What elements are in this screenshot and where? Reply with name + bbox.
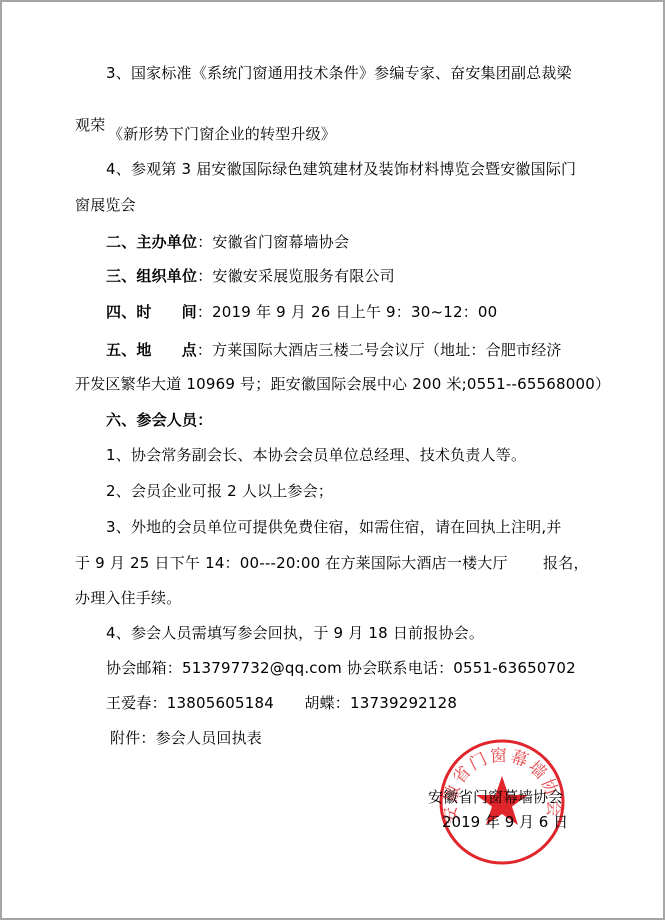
organizer-label: 三、组织单位: [106, 267, 197, 285]
signature-date: 2019 年 9 月 6 日: [442, 813, 568, 831]
contact-persons: 王爱春：13805605184 胡蝶：13739292128: [106, 694, 457, 712]
time-value: ：2019 年 9 月 26 日上午 9：30~12：00: [197, 303, 498, 321]
speech-title: 《新形势下门窗企业的转型升级》: [108, 125, 336, 143]
item-4-visit-line-1: 4、参观第 3 届安徽国际绿色建筑建材及装饰材料博览会暨安徽国际门: [106, 160, 576, 178]
time-row: 四、时间：2019 年 9 月 26 日上午 9：30~12：00: [106, 303, 497, 321]
item-3-speaker-line-2: 观荣: [75, 116, 105, 134]
attendee-item-2: 2、会员企业可报 2 人以上参会；: [106, 482, 333, 500]
host-label: 二、主办单位: [106, 233, 197, 251]
attachment-note: 附件：参会人员回执表: [110, 729, 262, 747]
document-page: 3、国家标准《系统门窗通用技术条件》参编专家、奋安集团副总裁梁 观荣 《新形势下…: [0, 0, 665, 920]
attendee-item-4: 4、参会人员需填写参会回执，于 9 月 18 日前报协会。: [106, 624, 484, 642]
contact-email-phone: 协会邮箱：513797732@qq.com 协会联系电话：0551-636507…: [106, 659, 576, 677]
signature-organization: 安徽省门窗幕墙协会: [428, 788, 563, 806]
attendee-item-1: 1、协会常务副会长、本协会会员单位总经理、技术负责人等。: [106, 446, 526, 464]
host-row: 二、主办单位：安徽省门窗幕墙协会: [106, 233, 349, 251]
attendee-item-3-line-1: 3、外地的会员单位可提供免费住宿，如需住宿，请在回执上注明,并: [106, 518, 562, 536]
organizer-value: ：安徽安采展览服务有限公司: [197, 267, 395, 285]
venue-label-b: 点: [182, 341, 197, 359]
venue-row: 五、地点：方莱国际大酒店三楼二号会议厅（地址：合肥市经济: [106, 341, 562, 359]
attendee-item-3-line-2: 于 9 月 25 日下午 14：00---20:00 在方莱国际大酒店一楼大厅 …: [75, 554, 589, 572]
venue-value: ：方莱国际大酒店三楼二号会议厅（地址：合肥市经济: [197, 341, 562, 359]
item-4-visit-line-2: 窗展览会: [75, 196, 136, 214]
attendee-item-3-line-3: 办理入住手续。: [75, 589, 181, 607]
time-label-a: 四、时: [106, 303, 152, 321]
host-value: ：安徽省门窗幕墙协会: [197, 233, 349, 251]
time-label-b: 间: [182, 303, 197, 321]
item-3-speaker-line-1: 3、国家标准《系统门窗通用技术条件》参编专家、奋安集团副总裁梁: [106, 64, 572, 82]
organizer-row: 三、组织单位：安徽安采展览服务有限公司: [106, 267, 395, 285]
venue-label-a: 五、地: [106, 341, 152, 359]
venue-row-continued: 开发区繁华大道 10969 号；距安徽国际会展中心 200 米;0551--65…: [75, 375, 610, 393]
attendees-heading: 六、参会人员：: [106, 411, 212, 429]
